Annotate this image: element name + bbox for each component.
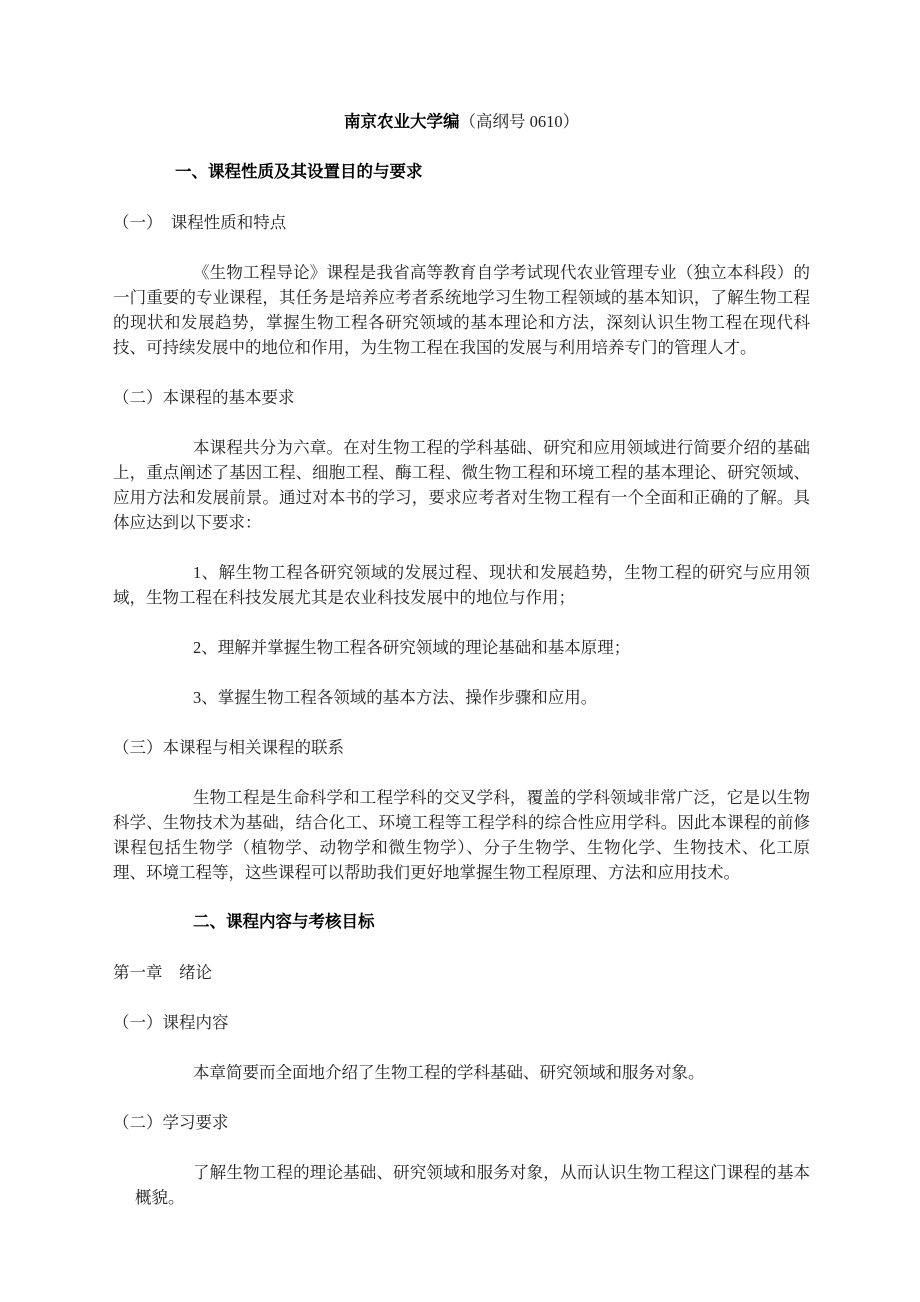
section-1-heading: 一、课程性质及其设置目的与要求 xyxy=(175,160,810,185)
chapter-1-study-heading: （二）学习要求 xyxy=(113,1110,810,1135)
chapter-1-content-heading: （一）课程内容 xyxy=(113,1010,810,1035)
requirement-item-3: 3、掌握生物工程各领域的基本方法、操作步骤和应用。 xyxy=(113,685,810,710)
section-1-paragraph-1: 《生物工程导论》课程是我省高等教育自学考试现代农业管理专业（独立本科段）的一门重… xyxy=(113,260,810,360)
chapter-1-title: 第一章 绪论 xyxy=(113,960,810,985)
doc-title-outline-number: （高纲号 0610） xyxy=(459,112,579,131)
section-1-paragraph-3: 生物工程是生命科学和工程学科的交叉学科，覆盖的学科领域非常广泛，它是以生物科学、… xyxy=(113,785,810,885)
requirement-item-1: 1、解生物工程各研究领域的发展过程、现状和发展趋势，生物工程的研究与应用领域，生… xyxy=(113,560,810,610)
section-1-sub-1-heading: （一） 课程性质和特点 xyxy=(113,210,810,235)
chapter-1-study-text: 了解生物工程的理论基础、研究领域和服务对象，从而认识生物工程这门课程的基本概貌。 xyxy=(135,1160,810,1210)
section-1-sub-3-heading: （三）本课程与相关课程的联系 xyxy=(113,735,810,760)
section-2-heading: 二、课程内容与考核目标 xyxy=(193,910,810,935)
doc-title-line: 南京农业大学编（高纲号 0610） xyxy=(113,109,810,135)
document-page: 南京农业大学编（高纲号 0610） 一、课程性质及其设置目的与要求 （一） 课程… xyxy=(0,0,920,1302)
section-1-paragraph-2: 本课程共分为六章。在对生物工程的学科基础、研究和应用领域进行简要介绍的基础上，重… xyxy=(113,435,810,535)
requirement-item-2: 2、理解并掌握生物工程各研究领域的理论基础和基本原理； xyxy=(113,635,810,660)
chapter-1-content-text: 本章简要而全面地介绍了生物工程的学科基础、研究领域和服务对象。 xyxy=(113,1060,810,1085)
doc-title-editor: 南京农业大学编 xyxy=(344,113,460,131)
section-1-sub-2-heading: （二）本课程的基本要求 xyxy=(113,385,810,410)
